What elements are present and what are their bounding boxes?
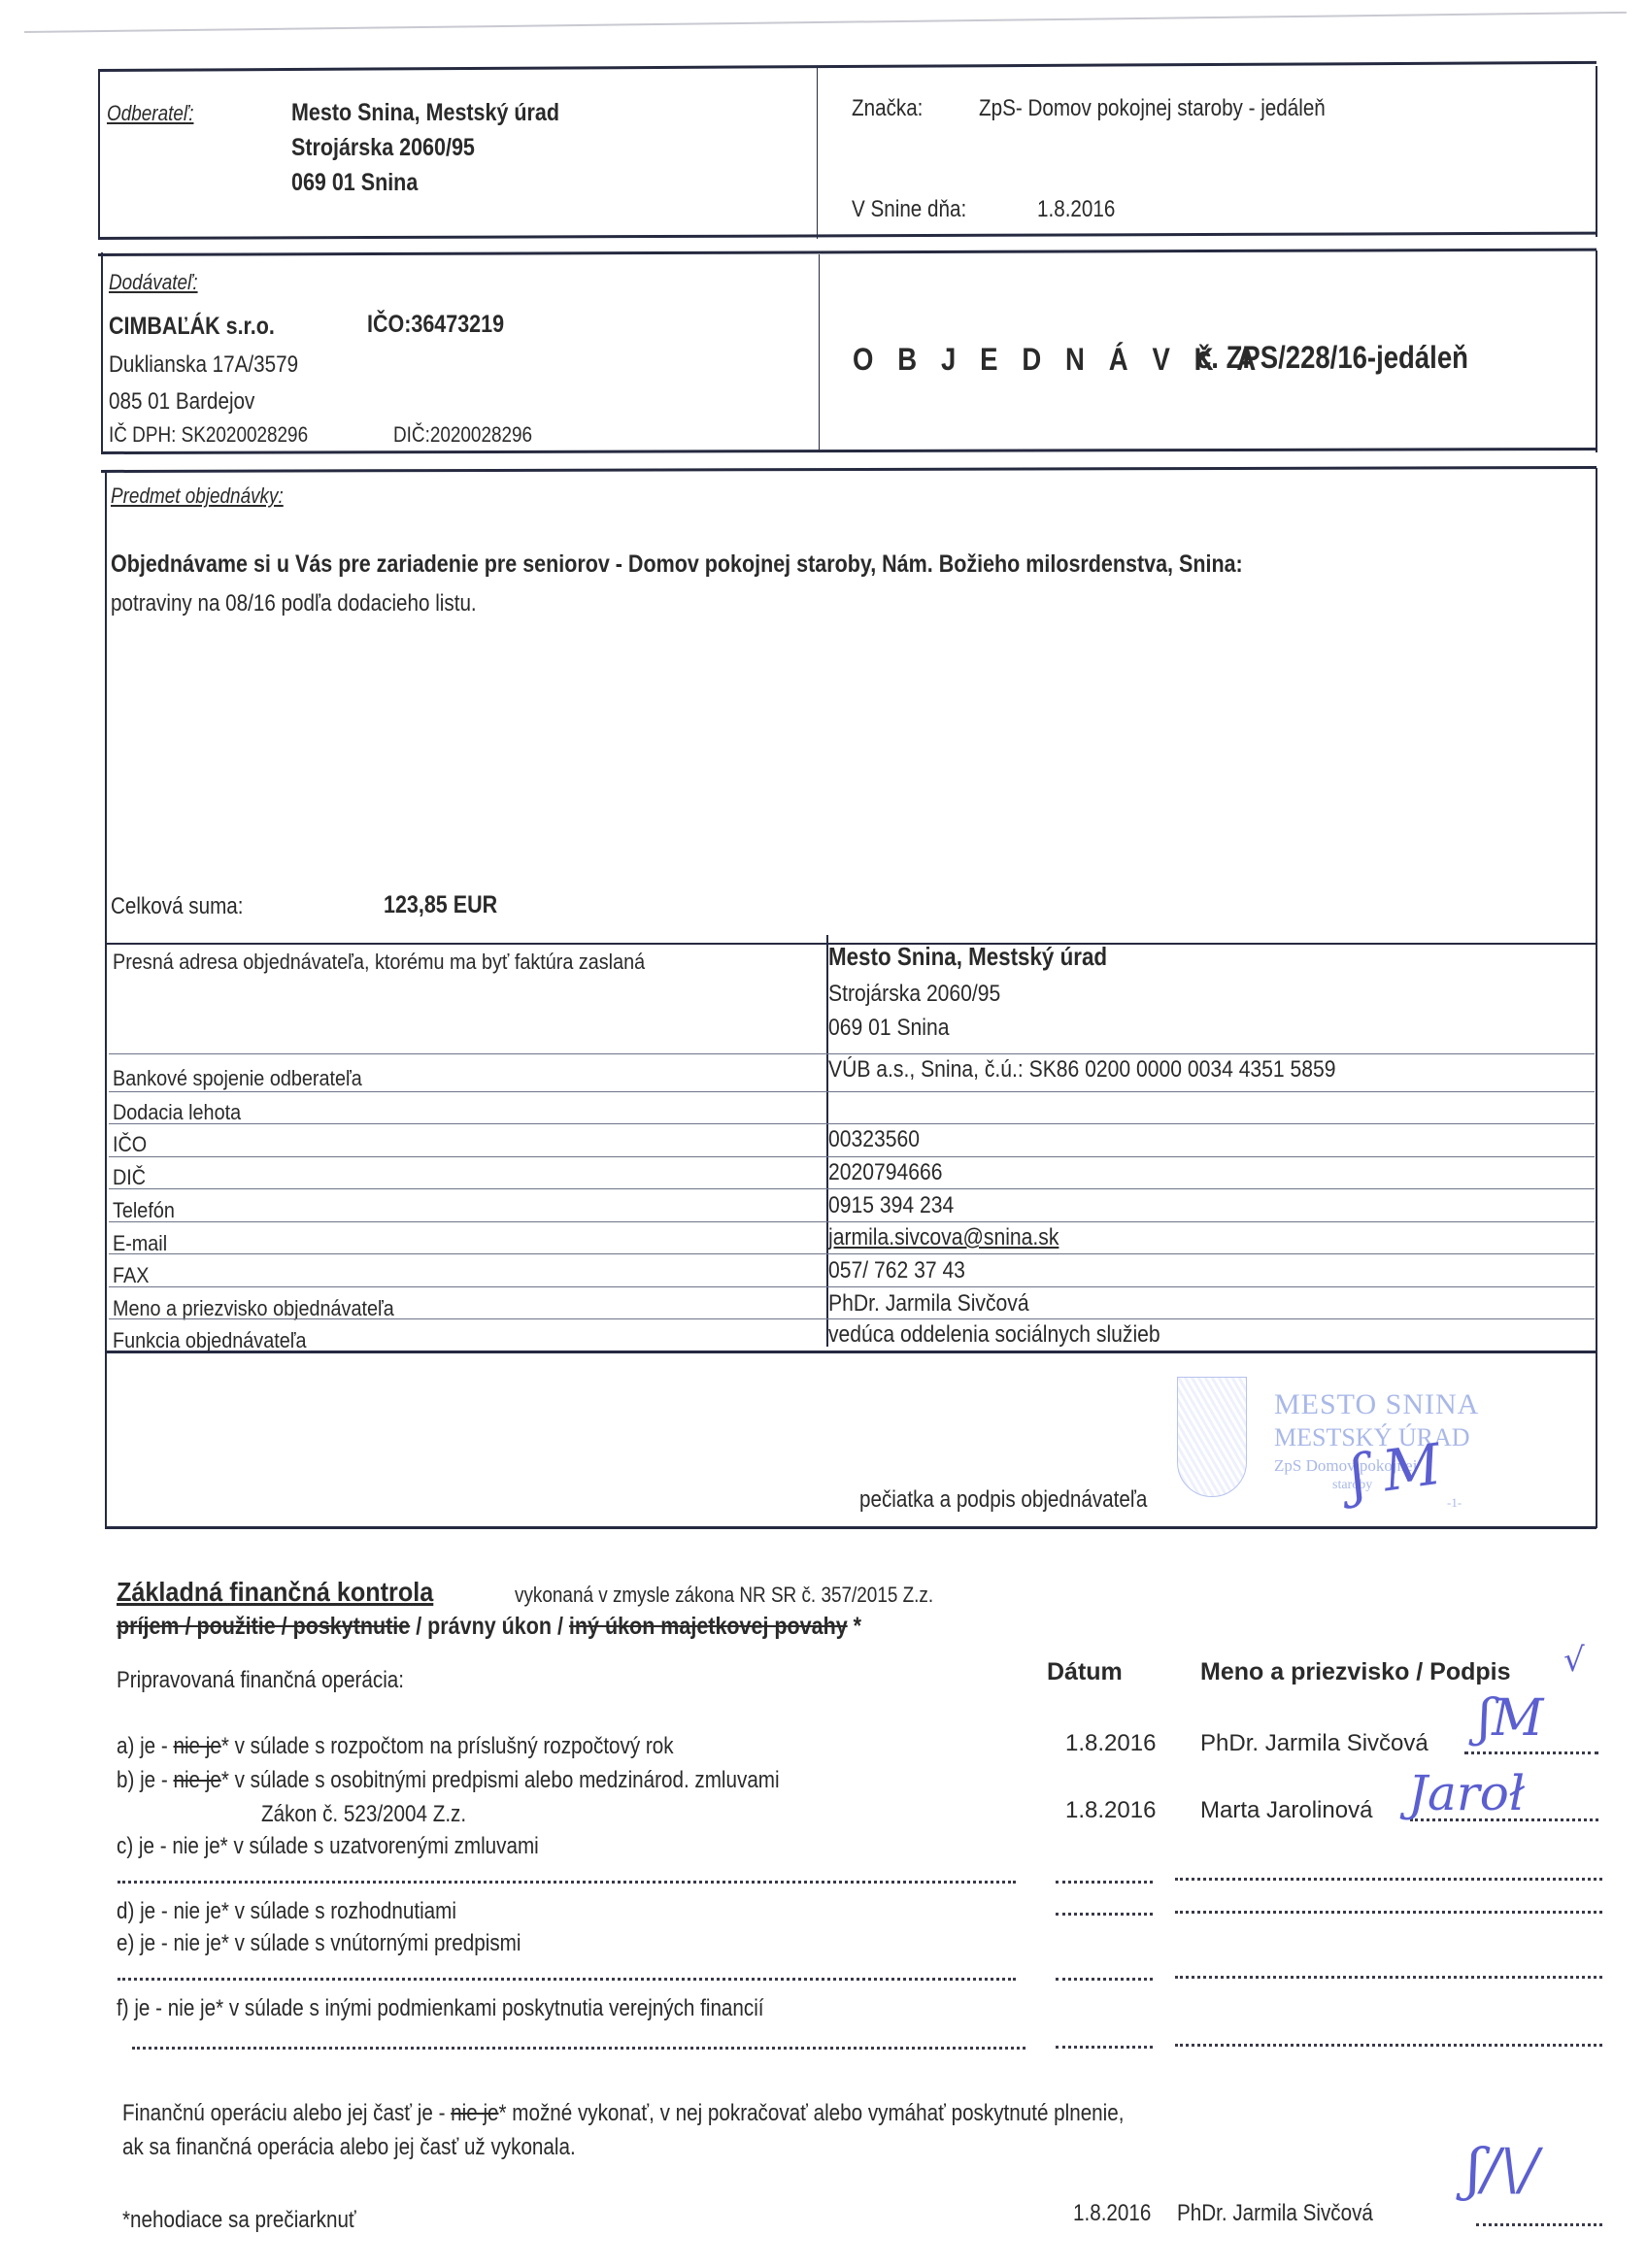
item-text: * v súlade s rozhodnutiami bbox=[221, 1898, 456, 1924]
stamp-caption: pečiatka a podpis objednávateľa bbox=[859, 1486, 1147, 1514]
mark-label: Značka: bbox=[852, 95, 923, 122]
stamp-line: MESTO SNINA bbox=[1274, 1388, 1479, 1421]
table-row-label: DIČ bbox=[113, 1165, 146, 1190]
item-prefix: e) je - nie je bbox=[117, 1930, 221, 1956]
date-dotted-line bbox=[1056, 1978, 1153, 1981]
final-struck: nie je bbox=[451, 2100, 498, 2126]
item-prefix: f) je - nie je bbox=[117, 1995, 216, 2021]
control-type-struck: iný úkon majetkovej povahy bbox=[569, 1613, 848, 1640]
table-row-label: FAX bbox=[113, 1263, 149, 1288]
control-heading-rest: vykonaná v zmysle zákona NR SR č. 357/20… bbox=[515, 1583, 933, 1608]
asterisk: * bbox=[848, 1613, 861, 1640]
name-dotted-line bbox=[1175, 1911, 1602, 1914]
item-b-date: 1.8.2016 bbox=[1065, 1797, 1156, 1824]
address-city: 069 01 Snina bbox=[828, 1015, 949, 1042]
supplier-city: 085 01 Bardejov bbox=[109, 388, 254, 416]
name-dotted-line bbox=[1175, 1976, 1602, 1979]
supplier-label: Dodávateľ: bbox=[109, 270, 198, 295]
item-text: * v súlade s vnútornými predpismi bbox=[221, 1930, 521, 1956]
signature-dotted-line bbox=[1476, 2223, 1602, 2226]
item-b-law: Zákon č. 523/2004 Z.z. bbox=[261, 1801, 466, 1828]
date-dotted-line bbox=[1056, 1913, 1153, 1916]
table-row-line bbox=[109, 1221, 1595, 1222]
mark-value: ZpS- Domov pokojnej staroby - jedáleň bbox=[979, 95, 1326, 122]
control-item-b: b) je - nie je* v súlade s osobitnými pr… bbox=[117, 1767, 780, 1794]
stamp-line: -1- bbox=[1447, 1495, 1462, 1511]
name-dotted-line bbox=[1175, 2044, 1602, 2047]
table-row-line bbox=[109, 1123, 1595, 1124]
control-type-struck: príjem / použitie / poskytnutie bbox=[117, 1613, 410, 1640]
date-label: V Snine dňa: bbox=[852, 196, 966, 223]
address-street: Strojárska 2060/95 bbox=[828, 981, 1000, 1008]
table-row-line bbox=[109, 1318, 1595, 1319]
supplier-vat: IČ DPH: SK2020028296 bbox=[109, 422, 308, 448]
table-row-line bbox=[109, 1091, 1595, 1092]
coat-of-arms-icon bbox=[1177, 1377, 1247, 1497]
name-dotted-line bbox=[1175, 1878, 1602, 1881]
frame-right-border bbox=[1596, 468, 1597, 1528]
phone-value: 0915 394 234 bbox=[828, 1192, 954, 1219]
supplier-street: Duklianska 17A/3579 bbox=[109, 351, 298, 379]
column-divider bbox=[817, 68, 818, 239]
date-dotted-line bbox=[1056, 2046, 1153, 2049]
item-b-name: Marta Jarolinová bbox=[1200, 1797, 1372, 1824]
signature-mark: ʃ/\/ bbox=[1466, 2136, 1538, 2202]
control-type-row: príjem / použitie / poskytnutie / právny… bbox=[117, 1613, 861, 1641]
control-heading-row: Základná finančná kontrola bbox=[117, 1577, 469, 1608]
dotted-line bbox=[132, 2047, 1025, 2050]
item-prefix: c) je - nie je bbox=[117, 1833, 220, 1859]
dotted-line bbox=[118, 1978, 1016, 1981]
dotted-line bbox=[118, 1881, 1016, 1884]
customer-label: Odberateľ: bbox=[107, 101, 193, 126]
item-struck: nie je bbox=[173, 1767, 220, 1793]
item-prefix: d) je - nie je bbox=[117, 1898, 221, 1924]
footnote: *nehodiace sa prečiarknuť bbox=[122, 2207, 356, 2234]
separator: / bbox=[552, 1613, 569, 1640]
frame-right-border bbox=[1596, 250, 1597, 452]
address-name: Mesto Snina, Mestský úrad bbox=[828, 942, 1107, 972]
total-value: 123,85 EUR bbox=[384, 891, 497, 919]
final-name: PhDr. Jarmila Sivčová bbox=[1177, 2200, 1373, 2227]
frame-left-border bbox=[101, 252, 103, 452]
control-item-f: f) je - nie je* v súlade s inými podmien… bbox=[117, 1995, 764, 2022]
signature-mark: ʃM bbox=[1478, 1689, 1543, 1748]
control-item-c: c) je - nie je* v súlade s uzatvorenými … bbox=[117, 1833, 539, 1860]
address-label: Presná adresa objednávateľa, ktorému ma … bbox=[113, 950, 645, 975]
table-row-label: Dodacia lehota bbox=[113, 1100, 241, 1125]
item-prefix: a) je - bbox=[117, 1733, 173, 1759]
bank-account-value: VÚB a.s., Snina, č.ú.: SK86 0200 0000 00… bbox=[828, 1056, 1336, 1084]
item-text: * v súlade s osobitnými predpismi alebo … bbox=[221, 1767, 780, 1793]
date-dotted-line bbox=[1056, 1881, 1153, 1884]
date-value: 1.8.2016 bbox=[1037, 196, 1115, 223]
final-text: Finančnú operáciu alebo jej časť je - bbox=[122, 2100, 451, 2126]
frame-right-border bbox=[1596, 66, 1597, 237]
signature-mark: Jaroł bbox=[1408, 1765, 1525, 1821]
item-text: * v súlade s rozpočtom na príslušný rozp… bbox=[221, 1733, 674, 1759]
table-row-line bbox=[109, 1286, 1595, 1287]
supplier-name: CIMBAĽÁK s.r.o. bbox=[109, 313, 275, 341]
subject-text: potraviny na 08/16 podľa dodacieho listu… bbox=[111, 590, 477, 617]
subject-label: Predmet objednávky: bbox=[111, 484, 284, 509]
frame-left-border bbox=[105, 470, 107, 1528]
control-item-e: e) je - nie je* v súlade s vnútornými pr… bbox=[117, 1930, 521, 1957]
item-text: * v súlade s uzatvorenými zmluvami bbox=[220, 1833, 539, 1859]
table-row-line bbox=[109, 1253, 1595, 1254]
item-a-name: PhDr. Jarmila Sivčová bbox=[1200, 1730, 1429, 1757]
item-struck: nie je bbox=[173, 1733, 220, 1759]
column-date-header: Dátum bbox=[1047, 1658, 1123, 1686]
table-row-label: IČO bbox=[113, 1132, 147, 1157]
column-name-header: Meno a priezvisko / Podpis bbox=[1200, 1658, 1511, 1686]
customer-name: Mesto Snina, Mestský úrad bbox=[291, 99, 559, 127]
scan-edge-line bbox=[24, 12, 1627, 33]
table-row-label: Bankové spojenie odberateľa bbox=[113, 1066, 362, 1091]
final-text: * možné vykonať, v nej pokračovať alebo … bbox=[499, 2100, 1125, 2126]
orderer-function-value: vedúca oddelenia sociálnych služieb bbox=[828, 1321, 1160, 1349]
orderer-name-value: PhDr. Jarmila Sivčová bbox=[828, 1290, 1029, 1317]
email-link[interactable]: jarmila.sivcova@snina.sk bbox=[828, 1224, 1059, 1251]
item-a-date: 1.8.2016 bbox=[1065, 1730, 1156, 1757]
ico-value: 00323560 bbox=[828, 1126, 920, 1153]
table-bottom-border bbox=[107, 1351, 1597, 1353]
control-item-d: d) je - nie je* v súlade s rozhodnutiami bbox=[117, 1898, 456, 1925]
signature-mark: ʃ M bbox=[1346, 1431, 1445, 1509]
frame-left-border bbox=[98, 69, 100, 239]
dic-value: 2020794666 bbox=[828, 1159, 942, 1186]
final-statement: Finančnú operáciu alebo jej časť je - ni… bbox=[122, 2100, 1124, 2127]
final-statement-line2: ak sa finančná operácia alebo jej časť u… bbox=[122, 2134, 576, 2161]
table-row-line bbox=[109, 1156, 1595, 1157]
control-type-active: právny úkon bbox=[427, 1613, 552, 1640]
item-prefix: b) je - bbox=[117, 1767, 173, 1793]
order-number: č. ZPS/228/16-jedáleň bbox=[1196, 340, 1468, 376]
column-divider bbox=[819, 254, 820, 452]
frame-bottom-border bbox=[105, 1526, 1597, 1529]
table-row-line bbox=[109, 1188, 1595, 1189]
customer-city: 069 01 Snina bbox=[291, 169, 418, 197]
signature-dotted-line bbox=[1464, 1751, 1598, 1754]
customer-street: Strojárska 2060/95 bbox=[291, 134, 475, 162]
separator: / bbox=[410, 1613, 427, 1640]
table-row-line bbox=[109, 1053, 1595, 1054]
fax-value: 057/ 762 37 43 bbox=[828, 1257, 965, 1284]
total-label: Celková suma: bbox=[111, 893, 244, 920]
prepared-label: Pripravovaná finančná operácia: bbox=[117, 1667, 404, 1694]
check-mark: √ bbox=[1563, 1641, 1585, 1680]
control-heading: Základná finančná kontrola bbox=[117, 1577, 433, 1608]
subject-intro: Objednávame si u Vás pre zariadenie pre … bbox=[111, 550, 1243, 579]
control-item-a: a) je - nie je* v súlade s rozpočtom na … bbox=[117, 1733, 674, 1760]
final-date: 1.8.2016 bbox=[1073, 2200, 1151, 2227]
supplier-dic: DIČ:2020028296 bbox=[393, 422, 532, 448]
table-row-label: Telefón bbox=[113, 1198, 175, 1223]
item-text: * v súlade s inými podmienkami poskytnut… bbox=[216, 1995, 763, 2021]
supplier-ico: IČO:36473219 bbox=[367, 311, 504, 339]
